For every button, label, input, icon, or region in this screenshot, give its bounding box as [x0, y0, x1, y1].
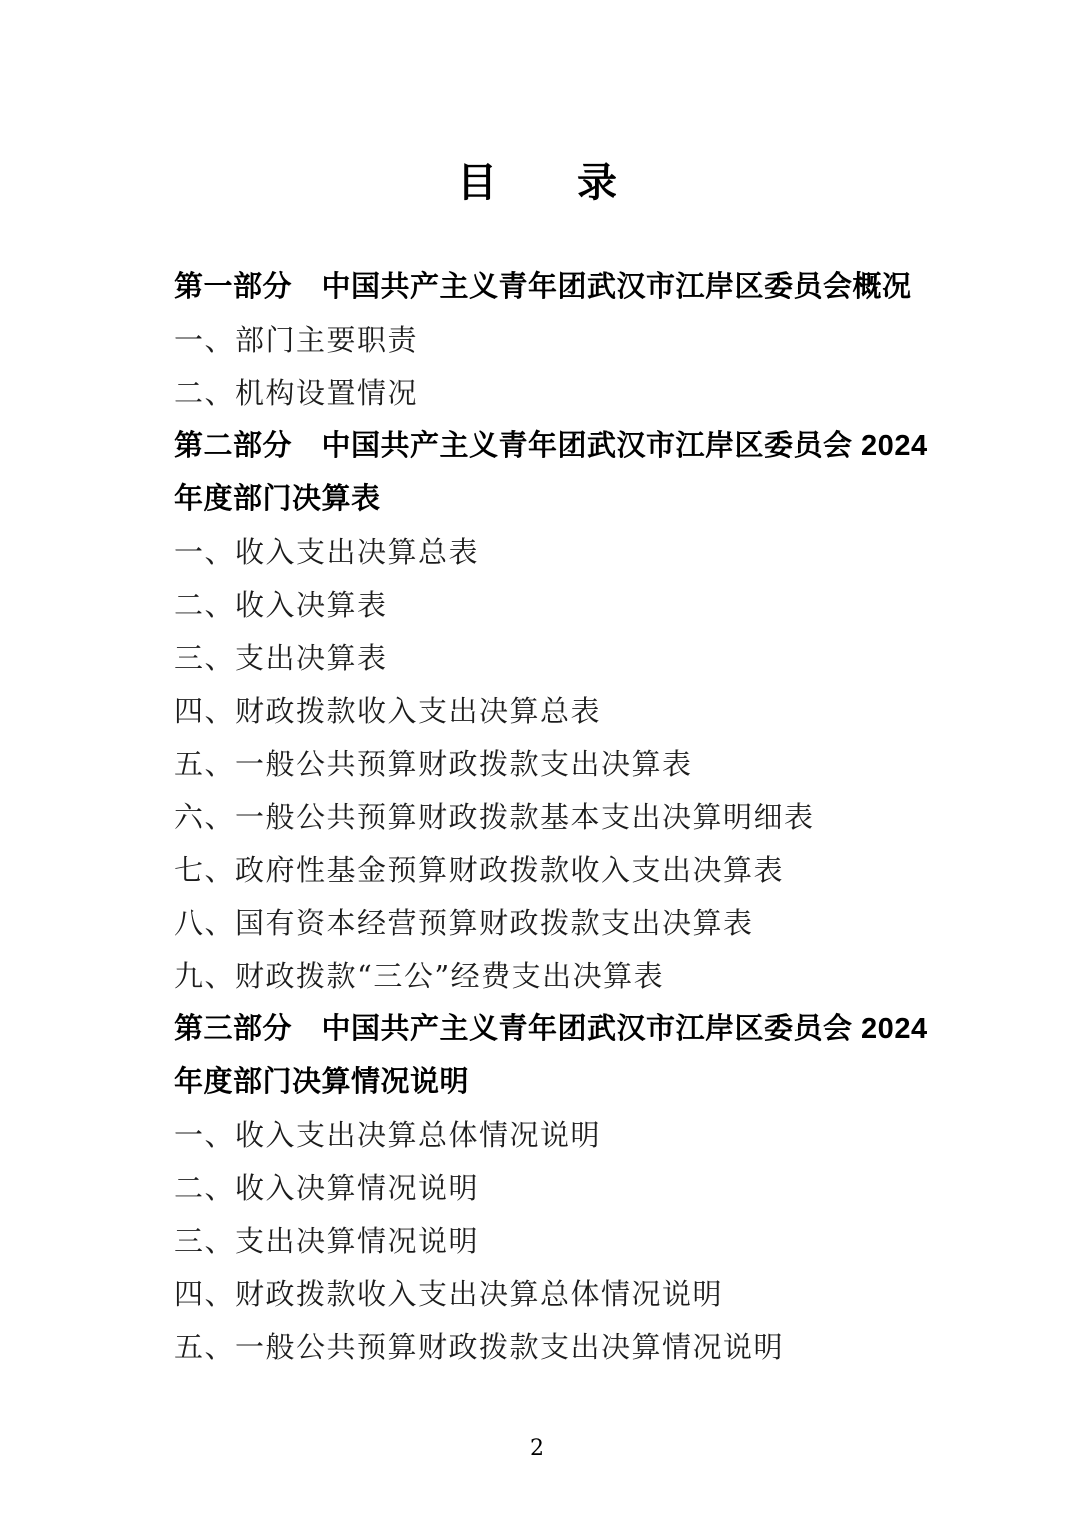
- toc-item: 二、收入决算情况说明: [174, 1162, 934, 1215]
- page-title: 目 录: [0, 161, 1074, 205]
- page-number: 2: [530, 1436, 544, 1461]
- toc-item: 七、政府性基金预算财政拨款收入支出决算表: [174, 844, 934, 897]
- toc-item: 八、国有资本经营预算财政拨款支出决算表: [174, 897, 934, 950]
- toc-item: 六、一般公共预算财政拨款基本支出决算明细表: [174, 791, 934, 844]
- table-of-contents: 第一部分 中国共产主义青年团武汉市江岸区委员会概况一、部门主要职责二、机构设置情…: [174, 261, 934, 1374]
- toc-item: 四、财政拨款收入支出决算总体情况说明: [174, 1268, 934, 1321]
- toc-item: 二、机构设置情况: [174, 367, 934, 420]
- toc-item: 一、收入支出决算总体情况说明: [174, 1109, 934, 1162]
- toc-item: 一、部门主要职责: [174, 314, 934, 367]
- toc-part-heading: 第三部分 中国共产主义青年团武汉市江岸区委员会 2024: [174, 1003, 934, 1056]
- toc-part-heading: 第一部分 中国共产主义青年团武汉市江岸区委员会概况: [174, 261, 934, 314]
- toc-item: 五、一般公共预算财政拨款支出决算情况说明: [174, 1321, 934, 1374]
- toc-part-heading: 第二部分 中国共产主义青年团武汉市江岸区委员会 2024: [174, 420, 934, 473]
- toc-item: 一、收入支出决算总表: [174, 526, 934, 579]
- toc-part-heading: 年度部门决算表: [174, 473, 934, 526]
- page-footer: 2: [0, 1436, 1074, 1462]
- toc-item: 九、财政拨款“三公”经费支出决算表: [174, 950, 934, 1003]
- toc-item: 五、一般公共预算财政拨款支出决算表: [174, 738, 934, 791]
- toc-item: 三、支出决算表: [174, 632, 934, 685]
- toc-item: 四、财政拨款收入支出决算总表: [174, 685, 934, 738]
- toc-item: 三、支出决算情况说明: [174, 1215, 934, 1268]
- toc-part-heading: 年度部门决算情况说明: [174, 1056, 934, 1109]
- toc-item: 二、收入决算表: [174, 579, 934, 632]
- document-page: 目 录 第一部分 中国共产主义青年团武汉市江岸区委员会概况一、部门主要职责二、机…: [0, 0, 1074, 1520]
